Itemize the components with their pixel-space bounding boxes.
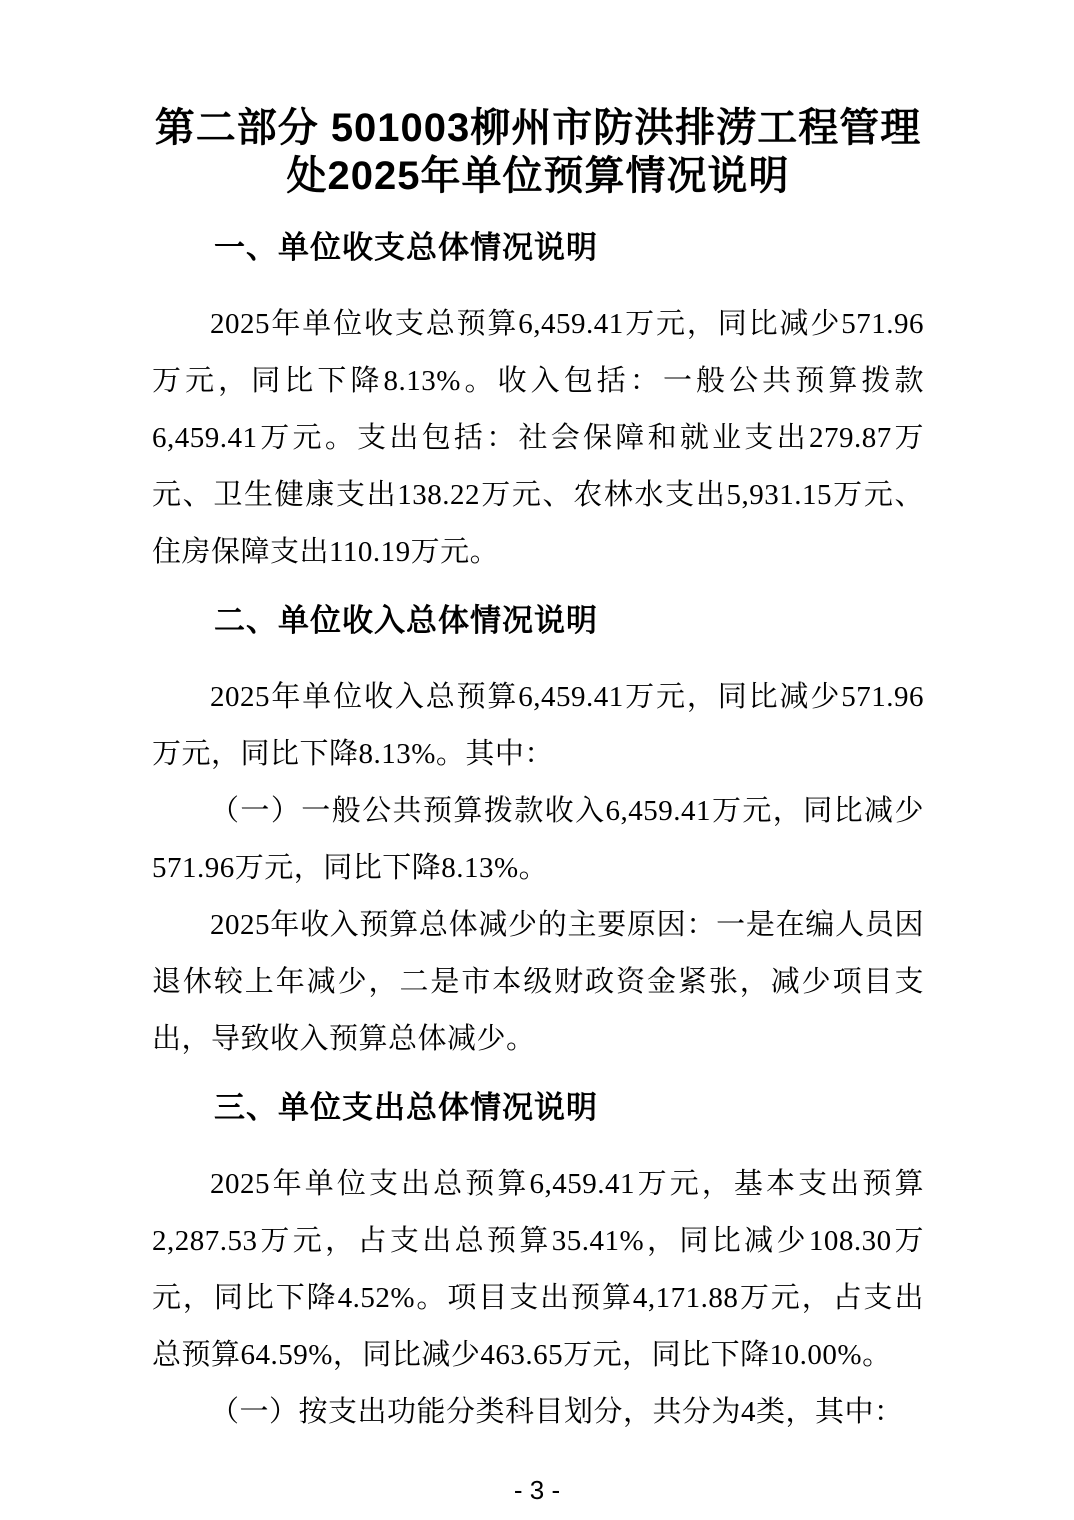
paragraph: （一）按支出功能分类科目划分，共分为4类，其中：: [152, 1384, 924, 1441]
section-heading-1: 一、单位收支总体情况说明: [152, 228, 924, 268]
page-footer: - 3 -: [0, 1475, 1074, 1506]
section-heading-2: 二、单位收入总体情况说明: [152, 601, 924, 641]
section-expense-overview: 三、单位支出总体情况说明 2025年单位支出总预算6,459.41万元，基本支出…: [152, 1088, 924, 1441]
page-number: - 3 -: [514, 1475, 560, 1505]
paragraph: 2025年单位收支总预算6,459.41万元，同比减少571.96万元，同比下降…: [152, 296, 924, 581]
document-title-line-1: 第二部分 501003柳州市防洪排涝工程管理: [155, 106, 922, 150]
paragraph: 2025年收入预算总体减少的主要原因：一是在编人员因退休较上年减少，二是市本级财…: [152, 897, 924, 1068]
paragraph: 2025年单位支出总预算6,459.41万元，基本支出预算2,287.53万元，…: [152, 1156, 924, 1384]
section-heading-3: 三、单位支出总体情况说明: [152, 1088, 924, 1128]
document-title: 第二部分 501003柳州市防洪排涝工程管理处2025年单位预算情况说明: [152, 104, 924, 200]
section-income-expense-overview: 一、单位收支总体情况说明 2025年单位收支总预算6,459.41万元，同比减少…: [152, 228, 924, 581]
paragraph: 2025年单位收入总预算6,459.41万元，同比减少571.96万元，同比下降…: [152, 669, 924, 783]
paragraph: （一）一般公共预算拨款收入6,459.41万元，同比减少571.96万元，同比下…: [152, 783, 924, 897]
document-page: 第二部分 501003柳州市防洪排涝工程管理处2025年单位预算情况说明 一、单…: [0, 0, 1074, 1520]
document-title-line-2: 处2025年单位预算情况说明: [287, 154, 790, 198]
section-income-overview: 二、单位收入总体情况说明 2025年单位收入总预算6,459.41万元，同比减少…: [152, 601, 924, 1068]
